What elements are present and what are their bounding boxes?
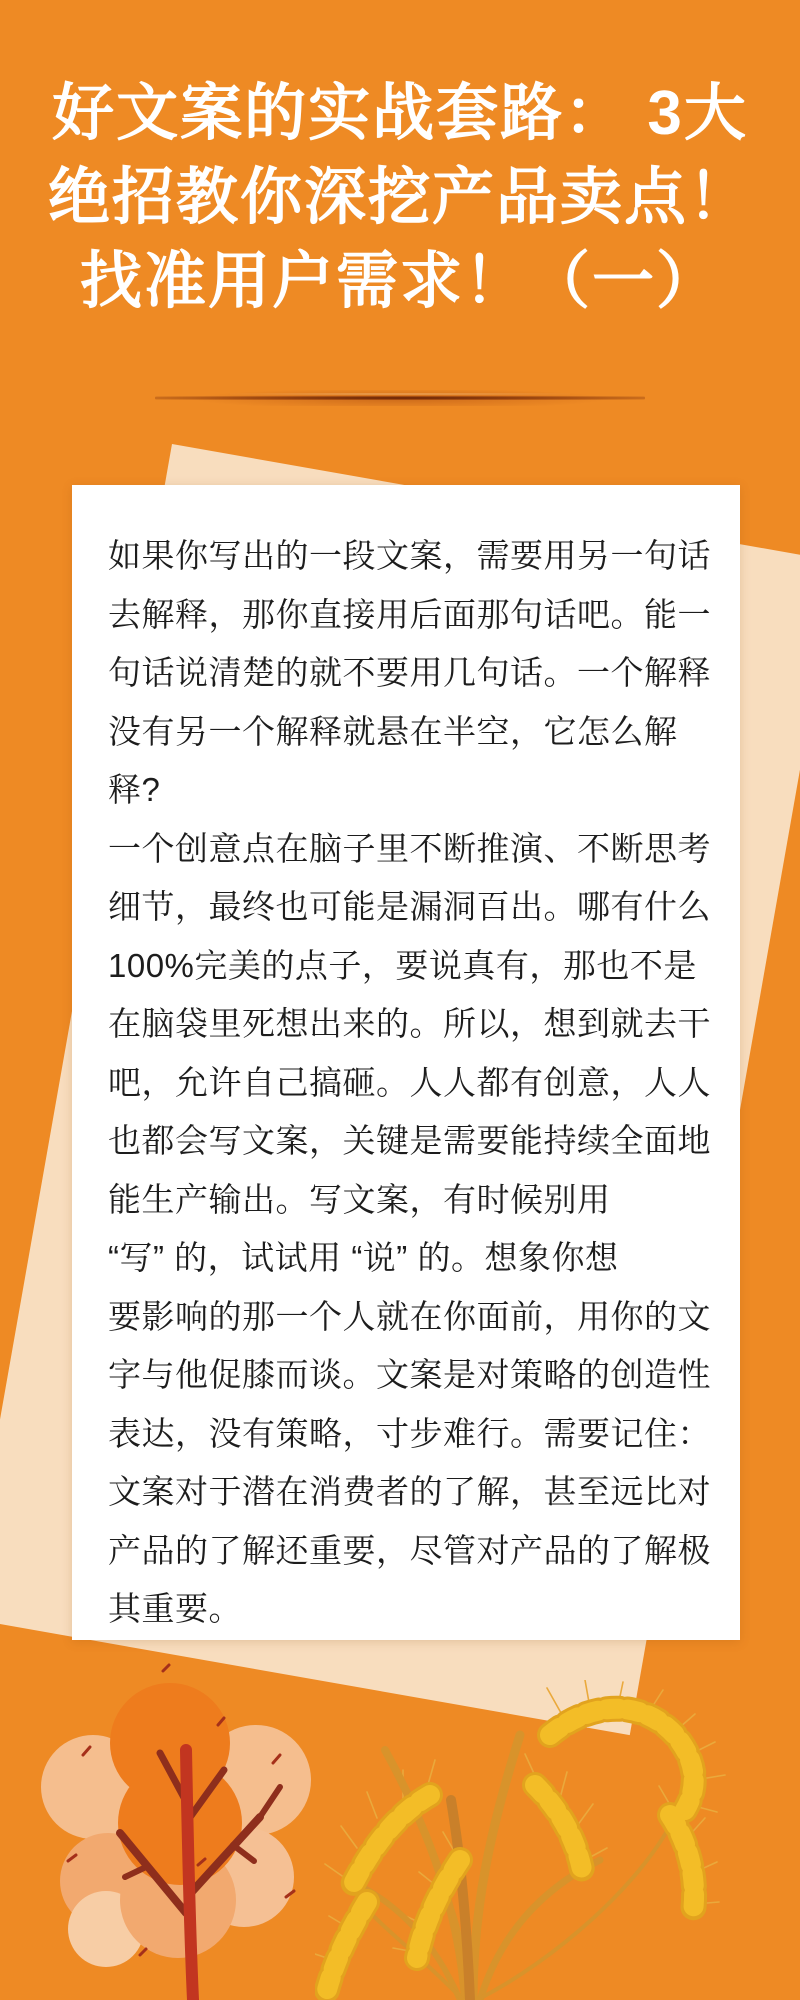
poster-title: 好文案的实战套路： 3大 绝招教你深挖产品卖点！ 找准用户需求！（一） <box>0 72 800 324</box>
tree-foliage <box>41 1683 311 1967</box>
tree-trunk <box>186 1750 193 2000</box>
content-card: 如果你写出的一段文案，需要用另一句话 去解释，那你直接用后面那句话吧。能一 句话… <box>72 485 740 1640</box>
wheat-illustration <box>315 1680 800 2000</box>
divider-shine-line <box>230 393 570 395</box>
poster-canvas: 好文案的实战套路： 3大 绝招教你深挖产品卖点！ 找准用户需求！（一） 如果你写… <box>0 0 800 2000</box>
divider-core-line <box>155 396 645 400</box>
divider-glow <box>110 390 690 406</box>
body-text: 如果你写出的一段文案，需要用另一句话 去解释，那你直接用后面那句话吧。能一 句话… <box>108 527 720 1639</box>
wheat-leaves <box>350 1735 673 2000</box>
autumn-tree-illustration <box>28 1655 328 2000</box>
